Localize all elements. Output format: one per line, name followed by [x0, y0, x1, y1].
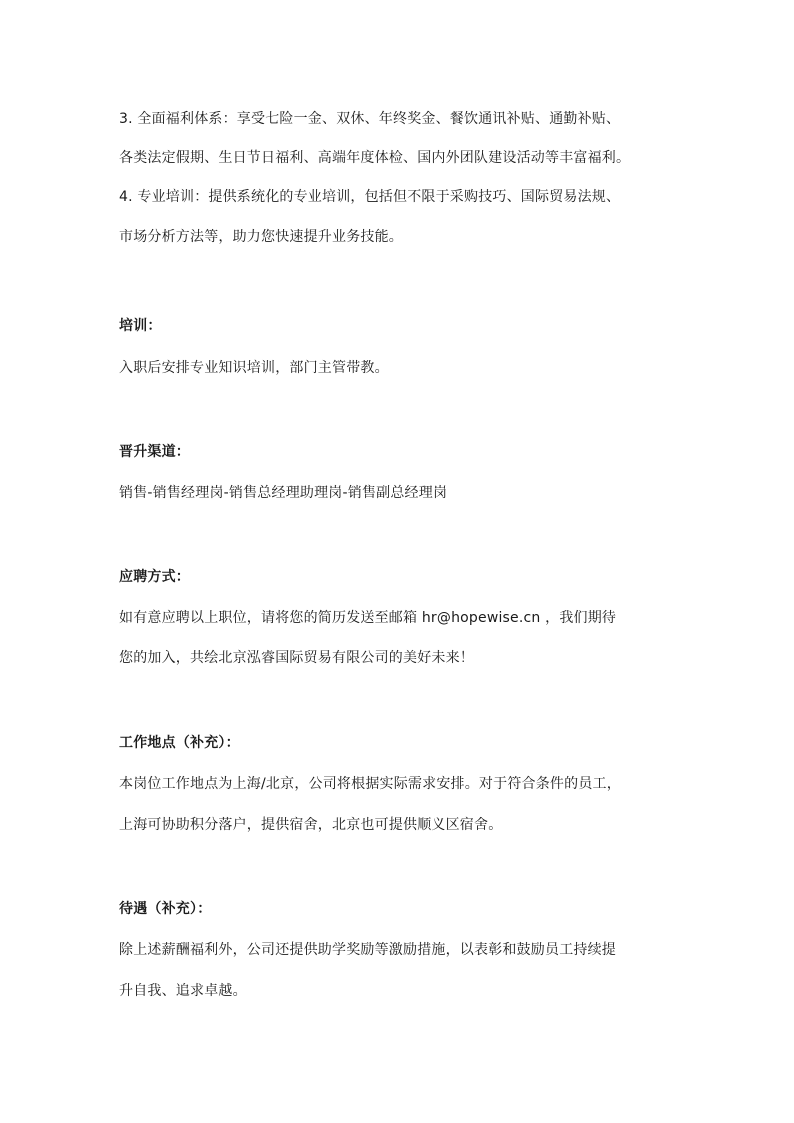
treatment-line-2: 升自我、追求卓越。: [119, 981, 247, 1001]
benefit-item-4-line-1: 4. 专业培训：提供系统化的专业培训，包括但不限于采购技巧、国际贸易法规、: [119, 187, 620, 207]
apply-line-1: 如有意应聘以上职位，请将您的简历发送至邮箱 hr@hopewise.cn ，我们…: [119, 608, 616, 628]
apply-heading: 应聘方式：: [119, 567, 190, 587]
location-heading: 工作地点（补充）：: [119, 733, 240, 753]
promotion-heading: 晋升渠道：: [119, 442, 190, 462]
benefit-item-4-line-2: 市场分析方法等，助力您快速提升业务技能。: [119, 227, 403, 247]
training-text: 入职后安排专业知识培训，部门主管带教。: [119, 358, 389, 378]
location-line-1: 本岗位工作地点为上海/北京，公司将根据实际需求安排。对于符合条件的员工，: [119, 774, 621, 794]
promotion-text: 销售-销售经理岗-销售总经理助理岗-销售副总经理岗: [119, 483, 447, 503]
treatment-line-1: 除上述薪酬福利外，公司还提供助学奖励等激励措施，以表彰和鼓励员工持续提: [119, 940, 616, 960]
benefit-item-3-line-1: 3. 全面福利体系：享受七险一金、双休、年终奖金、餐饮通讯补贴、通勤补贴、: [119, 109, 620, 129]
benefit-item-3-line-2: 各类法定假期、生日节日福利、高端年度体检、国内外团队建设活动等丰富福利。: [119, 148, 630, 168]
training-heading: 培训：: [119, 316, 162, 336]
location-line-2: 上海可协助积分落户，提供宿舍，北京也可提供顺义区宿舍。: [119, 815, 502, 835]
apply-line-2: 您的加入，共绘北京泓睿国际贸易有限公司的美好未来！: [119, 648, 474, 668]
treatment-heading: 待遇（补充）：: [119, 899, 211, 919]
